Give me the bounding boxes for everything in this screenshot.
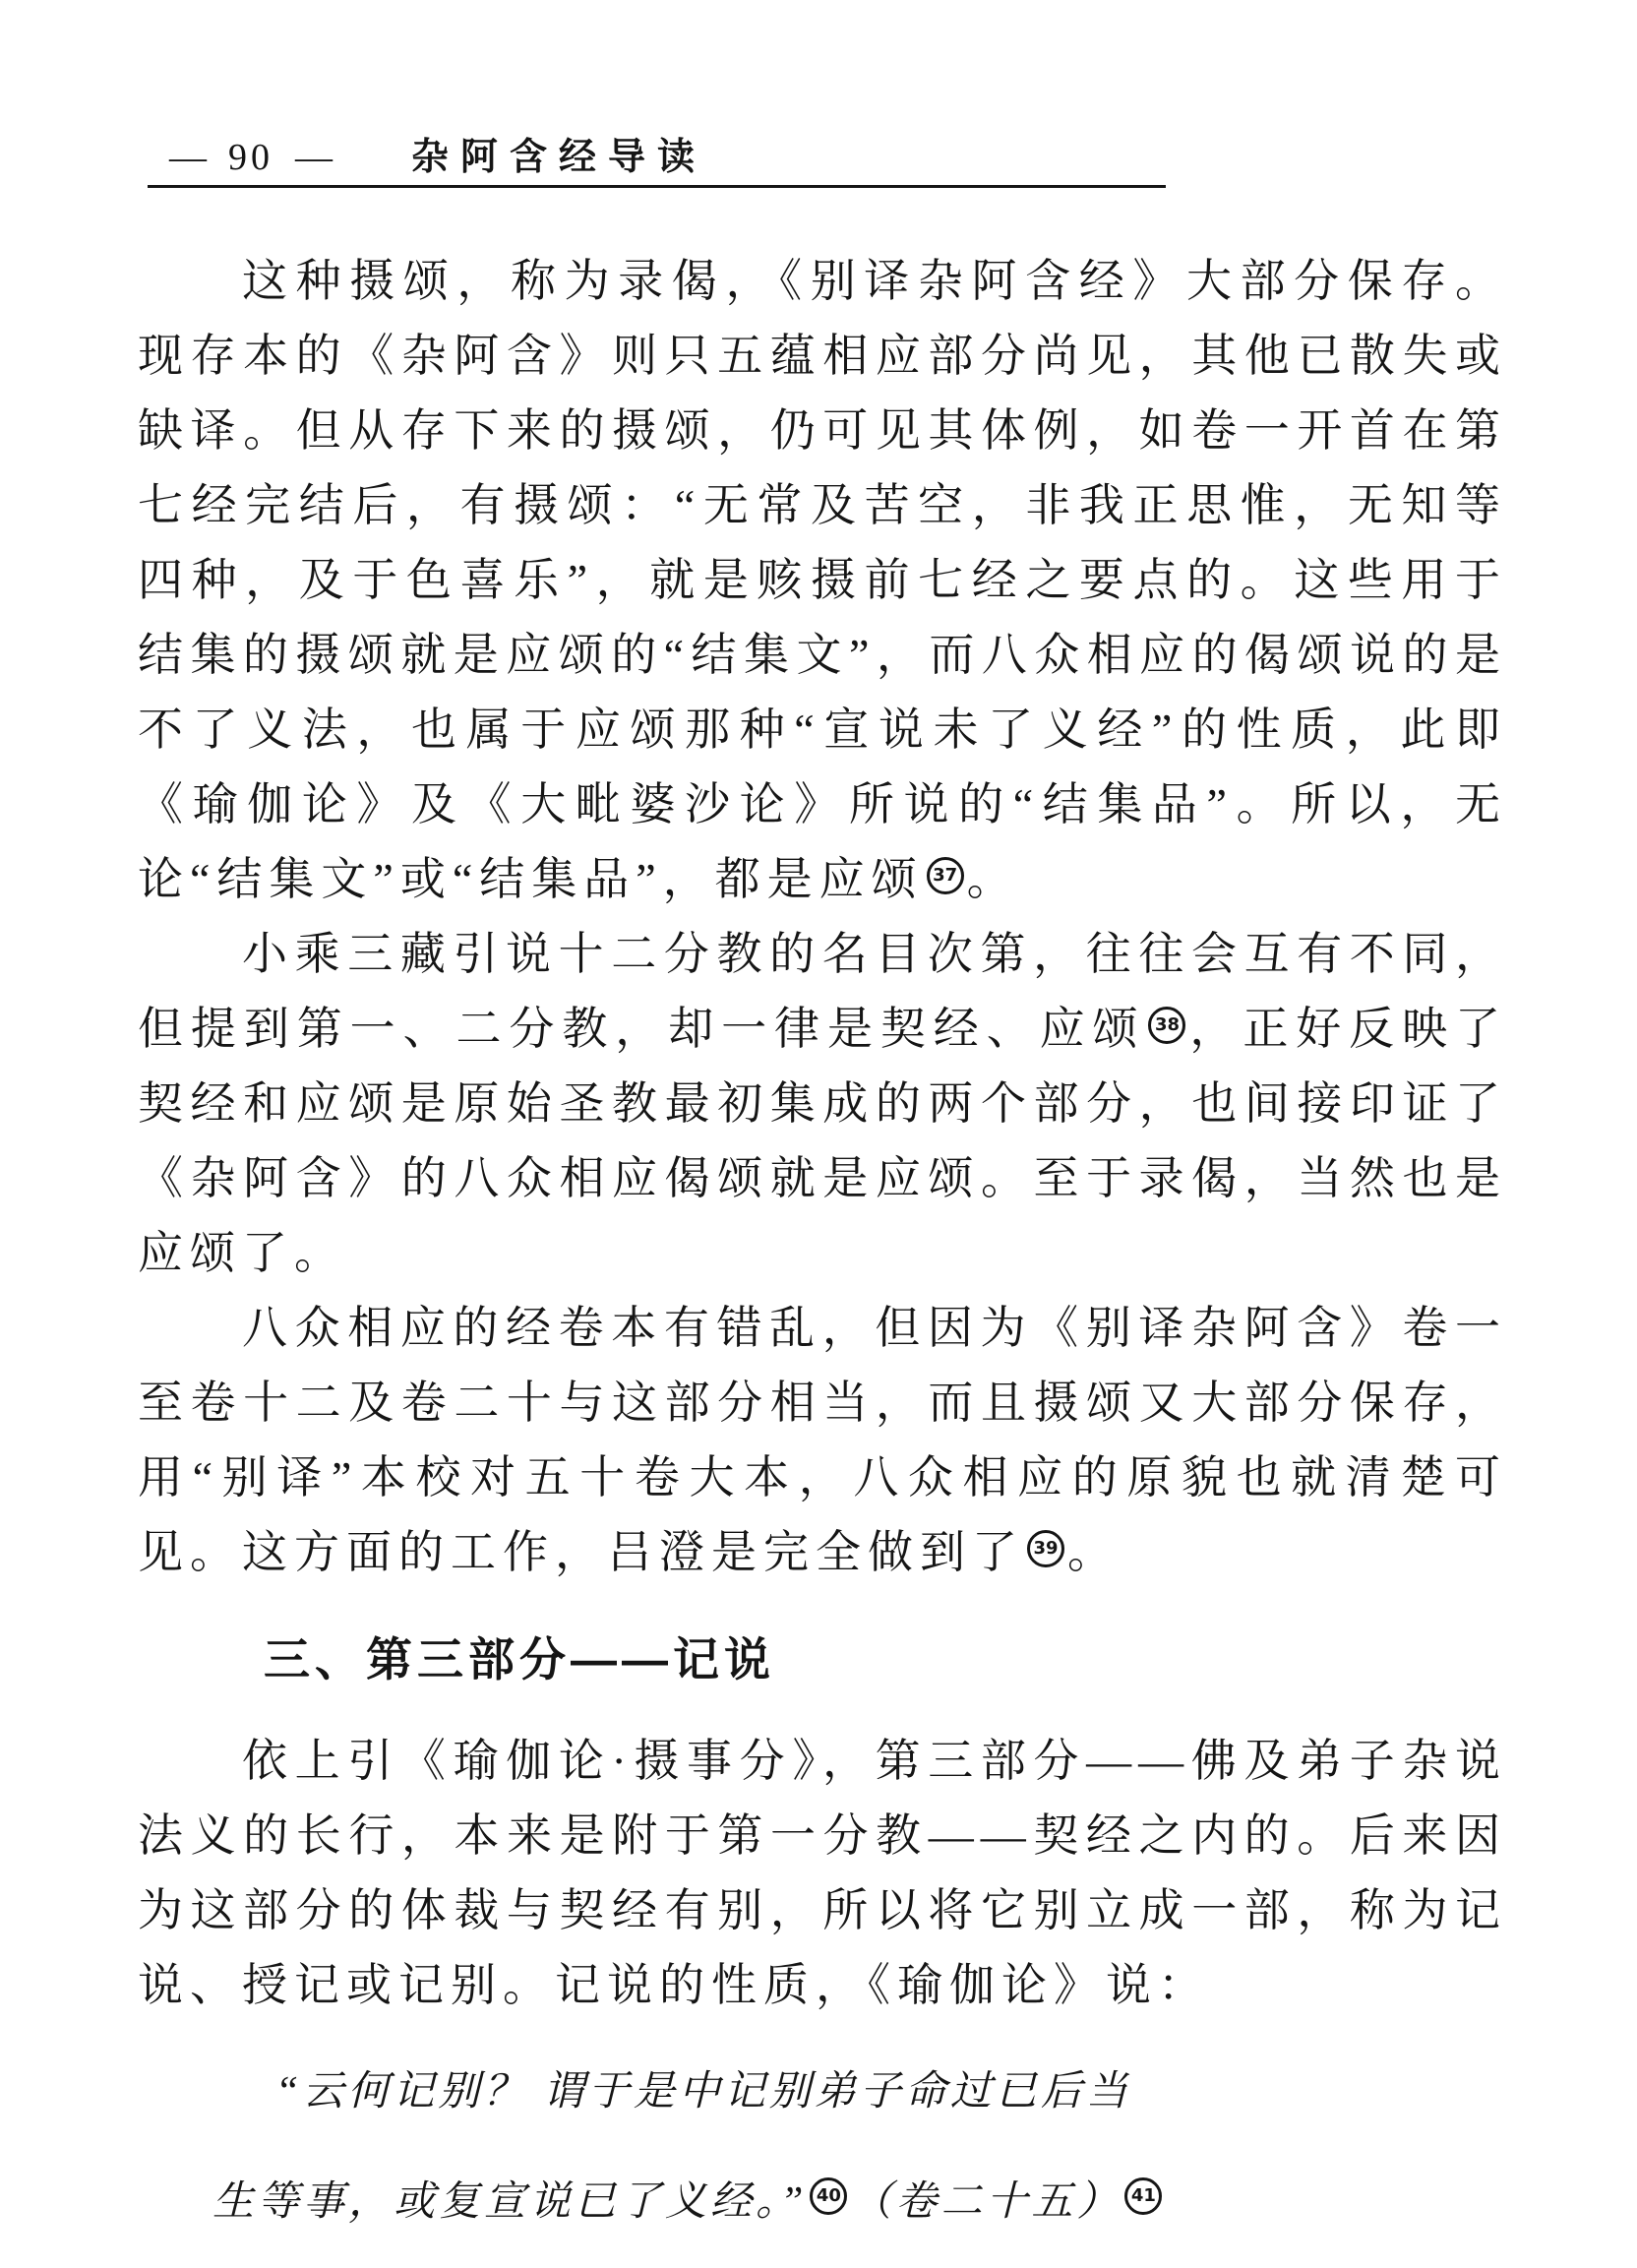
footnote-marker-37: 37 <box>927 857 964 894</box>
book-page: —90—杂阿含经导读 这种摄颂，称为录偈，《别译杂阿含经》大部分保存。现存本的《… <box>0 0 1637 2268</box>
paragraph-2: 小乘三藏引说十二分教的名目次第，往往会互有不同，但提到第一、二分教，却一律是契经… <box>138 917 1507 1291</box>
paragraph-4: 依上引《瑜伽论·摄事分》，第三部分——佛及弟子杂说法义的长行，本来是附于第一分教… <box>138 1724 1507 2023</box>
page-header: —90—杂阿含经导读 <box>148 126 1166 180</box>
footnote-marker-41: 41 <box>1124 2177 1162 2215</box>
paragraph-3: 八众相应的经卷本有错乱，但因为《别译杂阿含》卷一至卷十二及卷二十与这部分相当，而… <box>138 1291 1507 1590</box>
section-heading: 三、第三部分——记说 <box>264 1625 1507 1694</box>
header-right-dash: — <box>295 136 333 179</box>
quote-line-2: 生等事，或复宣说已了义经。”40（卷二十五）41 <box>212 2147 1206 2257</box>
book-title: 杂阿含经导读 <box>411 126 706 180</box>
footnote-marker-39: 39 <box>1027 1530 1064 1567</box>
header-left-dash: — <box>169 136 207 179</box>
footnote-marker-38: 38 <box>1148 1007 1185 1044</box>
paragraph-1: 这种摄颂，称为录偈，《别译杂阿含经》大部分保存。现存本的《杂阿含》则只五蕴相应部… <box>138 244 1507 917</box>
page-content: 这种摄颂，称为录偈，《别译杂阿含经》大部分保存。现存本的《杂阿含》则只五蕴相应部… <box>138 244 1507 2257</box>
page-number: 90 <box>228 136 273 179</box>
block-quote: “云何记别？ 谓于是中记别弟子命过已后当 生等事，或复宣说已了义经。”40（卷二… <box>212 2037 1206 2257</box>
header-rule <box>148 185 1166 188</box>
footnote-marker-40: 40 <box>810 2177 847 2215</box>
quote-line-1: “云何记别？ 谓于是中记别弟子命过已后当 <box>212 2037 1206 2147</box>
